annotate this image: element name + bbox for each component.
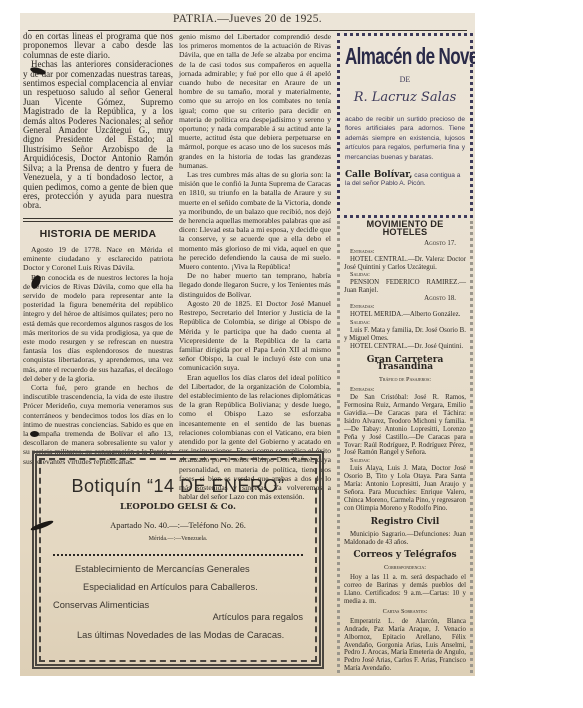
almacen-advertisement: Almacén de Novedades DE R. Lacruz Salas …: [337, 33, 473, 218]
entradas-label: Entradas:: [344, 303, 466, 311]
hoteles-date: Agosto 17.: [344, 240, 466, 248]
historia-paragraph: Bien conocida es de nuestros lectores la…: [23, 273, 173, 383]
correos-subtitle: Correspondencia:: [344, 564, 466, 572]
registro-heading: Registro Civil: [344, 519, 466, 527]
hotel-entry: HOTEL CENTRAL.—Dr. José Quintini.: [344, 343, 466, 351]
cartas-list: Emperatriz L. de Alarcón, Blanca Andrade…: [344, 618, 466, 673]
hoteles-heading: MOVIMIENTO DE HOTELES: [344, 221, 466, 237]
almacen-owner: R. Lacruz Salas: [345, 90, 465, 105]
carretera-entradas: De San Cristóbal: José R. Ramos, Fermosi…: [344, 394, 466, 457]
wavy-divider: [53, 550, 303, 556]
column-2: genio mismo del Libertador comprendió de…: [179, 32, 331, 501]
hotel-entry: HOTEL MERIDA.—Alberto González.: [344, 311, 466, 319]
carretera-salidas: Luis Alaya, Luis J. Mata, Doctor José Os…: [344, 465, 466, 512]
almacen-title: Almacén de Novedades: [345, 44, 465, 71]
notices-column: MOVIMIENTO DE HOTELES Agosto 17. Entrada…: [337, 221, 473, 673]
entradas-label: Entradas:: [344, 386, 466, 394]
cartas-label: Cartas Sobrantes:: [344, 608, 466, 616]
botiquin-line: Artículos para regalos: [53, 612, 303, 622]
botiquin-line: Especialidad en Artículos para Caballero…: [53, 582, 303, 592]
carretera-heading: Gran Carretera Trasandina: [344, 357, 466, 373]
hotel-entry: Luis F. Mata y familia, Dr. José Osorio …: [344, 327, 466, 343]
article-paragraph: De no haber muerto tan temprano, habría …: [179, 271, 331, 299]
entradas-label: Entradas:: [344, 248, 466, 256]
correos-heading: Correos y Telégrafos: [344, 552, 466, 560]
historia-paragraph: Agosto 19 de 1778. Nace en Mérida el emi…: [23, 245, 173, 273]
botiquin-location: Mérida.—:—Venezuela.: [53, 536, 303, 542]
masthead: PATRIA.—Jueves 20 de 1925.: [20, 13, 475, 29]
hotel-entry: HOTEL CENTRAL.—Dr. Valera: Doctor José Q…: [344, 256, 466, 272]
almacen-de: DE: [345, 75, 465, 84]
carretera-subtitle: Tráfico de Pasajeros:: [344, 376, 466, 384]
ink-stain: [30, 431, 39, 437]
almacen-address: Calle Bolívar, casa contigua a la del se…: [345, 170, 465, 187]
botiquin-line: Conservas Alimenticias: [53, 600, 303, 610]
section-divider: [23, 218, 173, 222]
botiquin-line: Las últimas Novedades de las Modas de Ca…: [53, 630, 303, 640]
greeting-paragraph: Hechas las anteriores consideraciones y …: [23, 60, 173, 211]
almacen-body: acabo de recibir un surtido precioso de …: [345, 115, 465, 162]
salidas-label: Salidas:: [344, 271, 466, 279]
almacen-street: Calle Bolívar,: [345, 170, 412, 180]
salidas-label: Salidas:: [344, 319, 466, 327]
right-column: Almacén de Novedades DE R. Lacruz Salas …: [337, 33, 473, 673]
correos-text: Hoy a las 11 a. m. será despachado el co…: [344, 574, 466, 606]
hotel-entry: PENSION FEDERICO RAMIREZ.—Juan Ranjel.: [344, 279, 466, 295]
botiquin-company: LEOPOLDO GELSI & Co.: [53, 502, 303, 512]
botiquin-advertisement: Botiquín “14 DE ENERO” LEOPOLDO GELSI & …: [32, 451, 324, 669]
botiquin-line: Establecimiento de Mercancías Generales: [53, 564, 303, 574]
botiquin-title: Botiquín “14 DE ENERO”: [53, 476, 303, 497]
article-paragraph: genio mismo del Libertador comprendió de…: [179, 32, 331, 170]
column-1: do en cortas lineas el programa que nos …: [23, 32, 173, 466]
historia-de-merida-heading: HISTORIA DE MERIDA: [23, 230, 173, 239]
botiquin-contact: Apartado No. 40.—:—Teléfono No. 26.: [53, 520, 303, 530]
article-paragraph: Las tres cumbres más altas de su gloria …: [179, 170, 331, 271]
hoteles-date: Agosto 18.: [344, 295, 466, 303]
salidas-label: Salidas:: [344, 457, 466, 465]
newspaper-page: PATRIA.—Jueves 20 de 1925. do en cortas …: [20, 13, 475, 676]
lead-paragraph: do en cortas lineas el programa que nos …: [23, 32, 173, 60]
article-paragraph: Agosto 20 de 1825. El Doctor José Manuel…: [179, 299, 331, 373]
registro-text: Municipio Sagrario.—Defunciones: Juan Ma…: [344, 531, 466, 547]
